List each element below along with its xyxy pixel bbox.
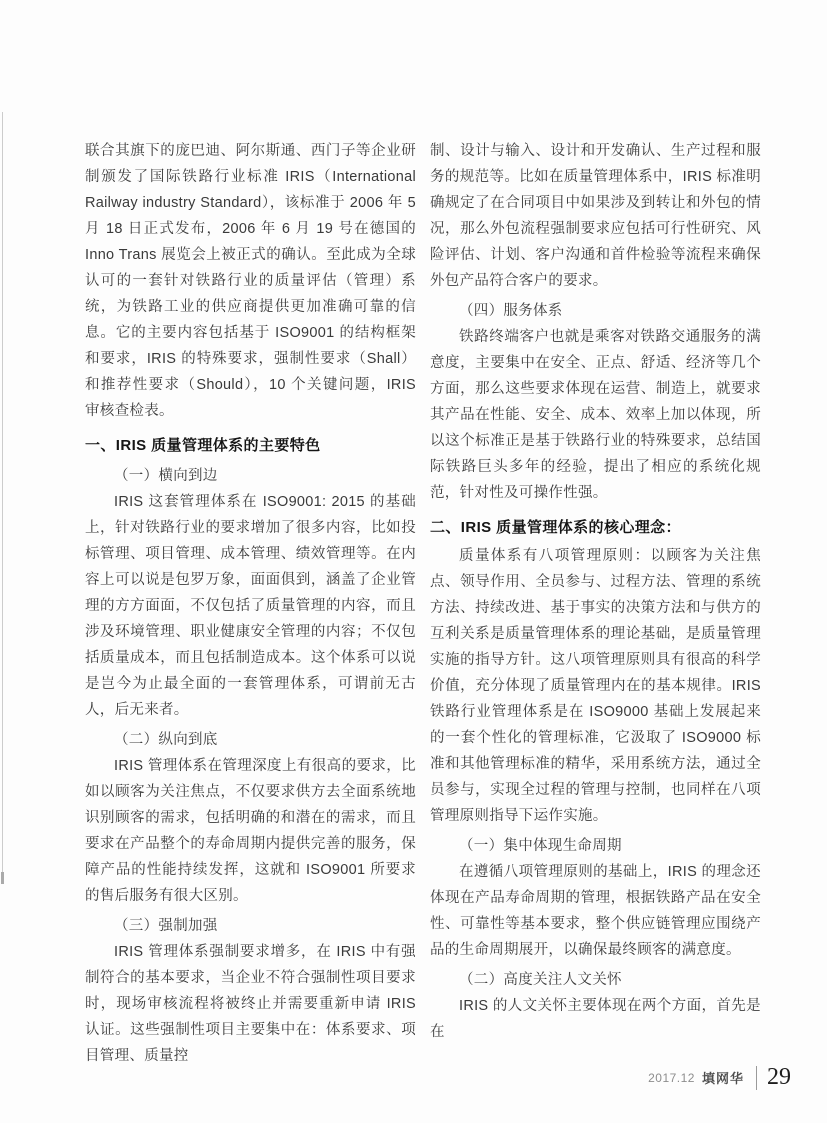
right-column: 制、设计与输入、设计和开发确认、生产过程和服务的规范等。比如在质量管理体系中，I… [430, 138, 761, 1071]
footer-issue-date: 2017.12 [648, 1071, 695, 1085]
section-heading-2: 二、IRIS 质量管理体系的核心理念： [430, 515, 761, 541]
page-number: 29 [767, 1064, 791, 1091]
subsection-heading-1-2: （二）纵向到底 [85, 727, 416, 753]
body-paragraph: IRIS 管理体系在管理深度上有很高的要求，比如以顾客为关注焦点，不仅要求供方去… [85, 753, 416, 909]
section-heading-1: 一、IRIS 质量管理体系的主要特色 [85, 433, 416, 459]
left-column: 联合其旗下的庞巴迪、阿尔斯通、西门子等企业研制颁发了国际铁路行业标准 IRIS（… [85, 138, 416, 1071]
magazine-logo: 填网华 [702, 1068, 744, 1087]
page-edge-tick [1, 872, 4, 884]
continuation-paragraph: 制、设计与输入、设计和开发确认、生产过程和服务的规范等。比如在质量管理体系中，I… [430, 138, 761, 294]
subsection-heading-2-1: （一）集中体现生命周期 [430, 833, 761, 859]
subsection-heading-2-2: （二）高度关注人文关怀 [430, 967, 761, 993]
continuation-paragraph: 联合其旗下的庞巴迪、阿尔斯通、西门子等企业研制颁发了国际铁路行业标准 IRIS（… [85, 138, 416, 424]
body-paragraph: IRIS 的人文关怀主要体现在两个方面，首先是在 [430, 993, 761, 1045]
page-edge-line [2, 112, 3, 884]
body-paragraph: 质量体系有八项管理原则：以顾客为关注焦点、领导作用、全员参与、过程方法、管理的系… [430, 543, 761, 829]
subsection-heading-1-3: （三）强制加强 [85, 913, 416, 939]
page-footer: 2017.12 填网华 29 [648, 1064, 791, 1091]
body-paragraph: 在遵循八项管理原则的基础上，IRIS 的理念还体现在产品寿命周期的管理，根据铁路… [430, 859, 761, 963]
body-paragraph: IRIS 这套管理体系在 ISO9001: 2015 的基础上，针对铁路行业的要… [85, 489, 416, 723]
footer-divider [756, 1066, 757, 1090]
subsection-heading-1-4: （四）服务体系 [430, 298, 761, 324]
body-paragraph: 铁路终端客户也就是乘客对铁路交通服务的满意度，主要集中在安全、正点、舒适、经济等… [430, 324, 761, 506]
article-body: 联合其旗下的庞巴迪、阿尔斯通、西门子等企业研制颁发了国际铁路行业标准 IRIS（… [85, 138, 761, 1071]
body-paragraph: IRIS 管理体系强制要求增多，在 IRIS 中有强制符合的基本要求，当企业不符… [85, 939, 416, 1069]
subsection-heading-1-1: （一）横向到边 [85, 463, 416, 489]
